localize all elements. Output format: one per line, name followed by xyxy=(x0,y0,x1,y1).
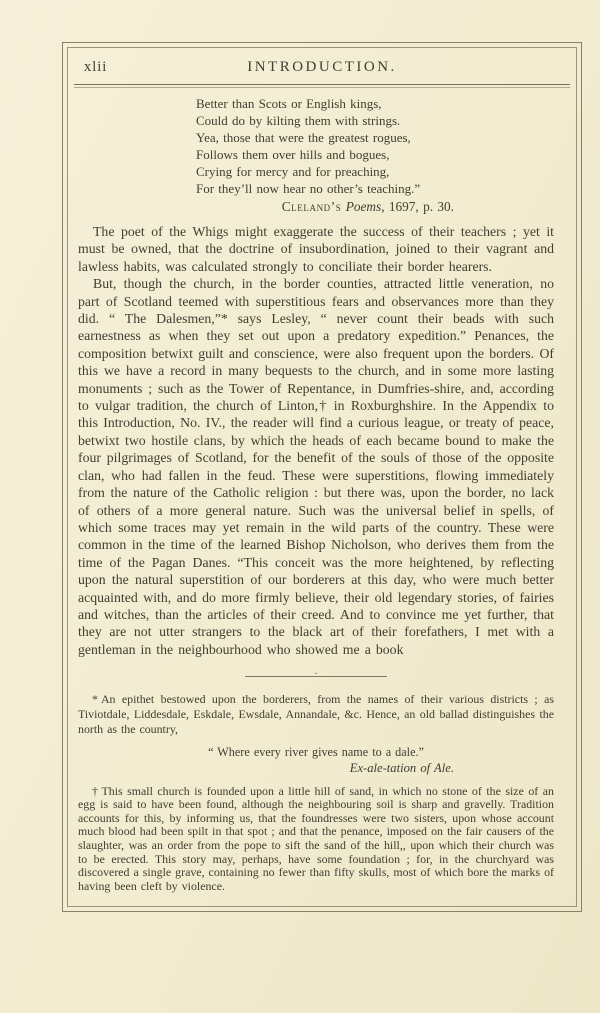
footnote-divider: . xyxy=(78,668,554,682)
verse-line: For they’ll now hear no other’s teaching… xyxy=(196,180,554,197)
verse-attribution: Cleland’s Poems, 1697, p. 30. xyxy=(78,199,554,215)
paragraph-2: But, though the church, in the border co… xyxy=(78,275,554,658)
attribution-author: Cleland’s xyxy=(282,199,342,214)
running-head: xlii INTRODUCTION. xyxy=(76,55,568,81)
verse-line: Could do by kilting them with strings. xyxy=(196,112,554,129)
attribution-detail: , 1697, p. 30. xyxy=(381,199,454,214)
footnotes-section: *An epithet bestowed upon the borderers,… xyxy=(78,692,554,893)
footnote-asterisk-text: An epithet bestowed upon the borderers, … xyxy=(78,692,554,736)
footnote-verse-quote: “ Where every river gives name to a dale… xyxy=(78,745,554,760)
verse-line: Better than Scots or English kings, xyxy=(196,95,554,112)
verse-line: Crying for mercy and for preaching, xyxy=(196,163,554,180)
footnote-dagger: †This small church is founded upon a lit… xyxy=(78,785,554,894)
verse-quote: Better than Scots or English kings, Coul… xyxy=(196,95,554,197)
verse-line: Follows them over hills and bogues, xyxy=(196,146,554,163)
footnote-verse-attribution: Ex-ale-tation of Ale. xyxy=(78,760,554,776)
page-content: Better than Scots or English kings, Coul… xyxy=(68,88,576,893)
divider-dot: . xyxy=(78,668,554,675)
paragraph-1: The poet of the Whigs might exaggerate t… xyxy=(78,223,554,275)
page-title: INTRODUCTION. xyxy=(76,55,568,76)
book-page-frame: xlii INTRODUCTION. Better than Scots or … xyxy=(62,42,582,912)
footnote-asterisk: *An epithet bestowed upon the borderers,… xyxy=(78,692,554,736)
attribution-work-title: Poems xyxy=(341,199,381,214)
page-frame-inner: xlii INTRODUCTION. Better than Scots or … xyxy=(67,47,577,907)
verse-line: Yea, those that were the greatest rogues… xyxy=(196,129,554,146)
footnote-marker-asterisk: * xyxy=(92,692,101,706)
page-number: xlii xyxy=(84,59,107,76)
footnote-dagger-text: This small church is founded upon a litt… xyxy=(78,784,554,893)
